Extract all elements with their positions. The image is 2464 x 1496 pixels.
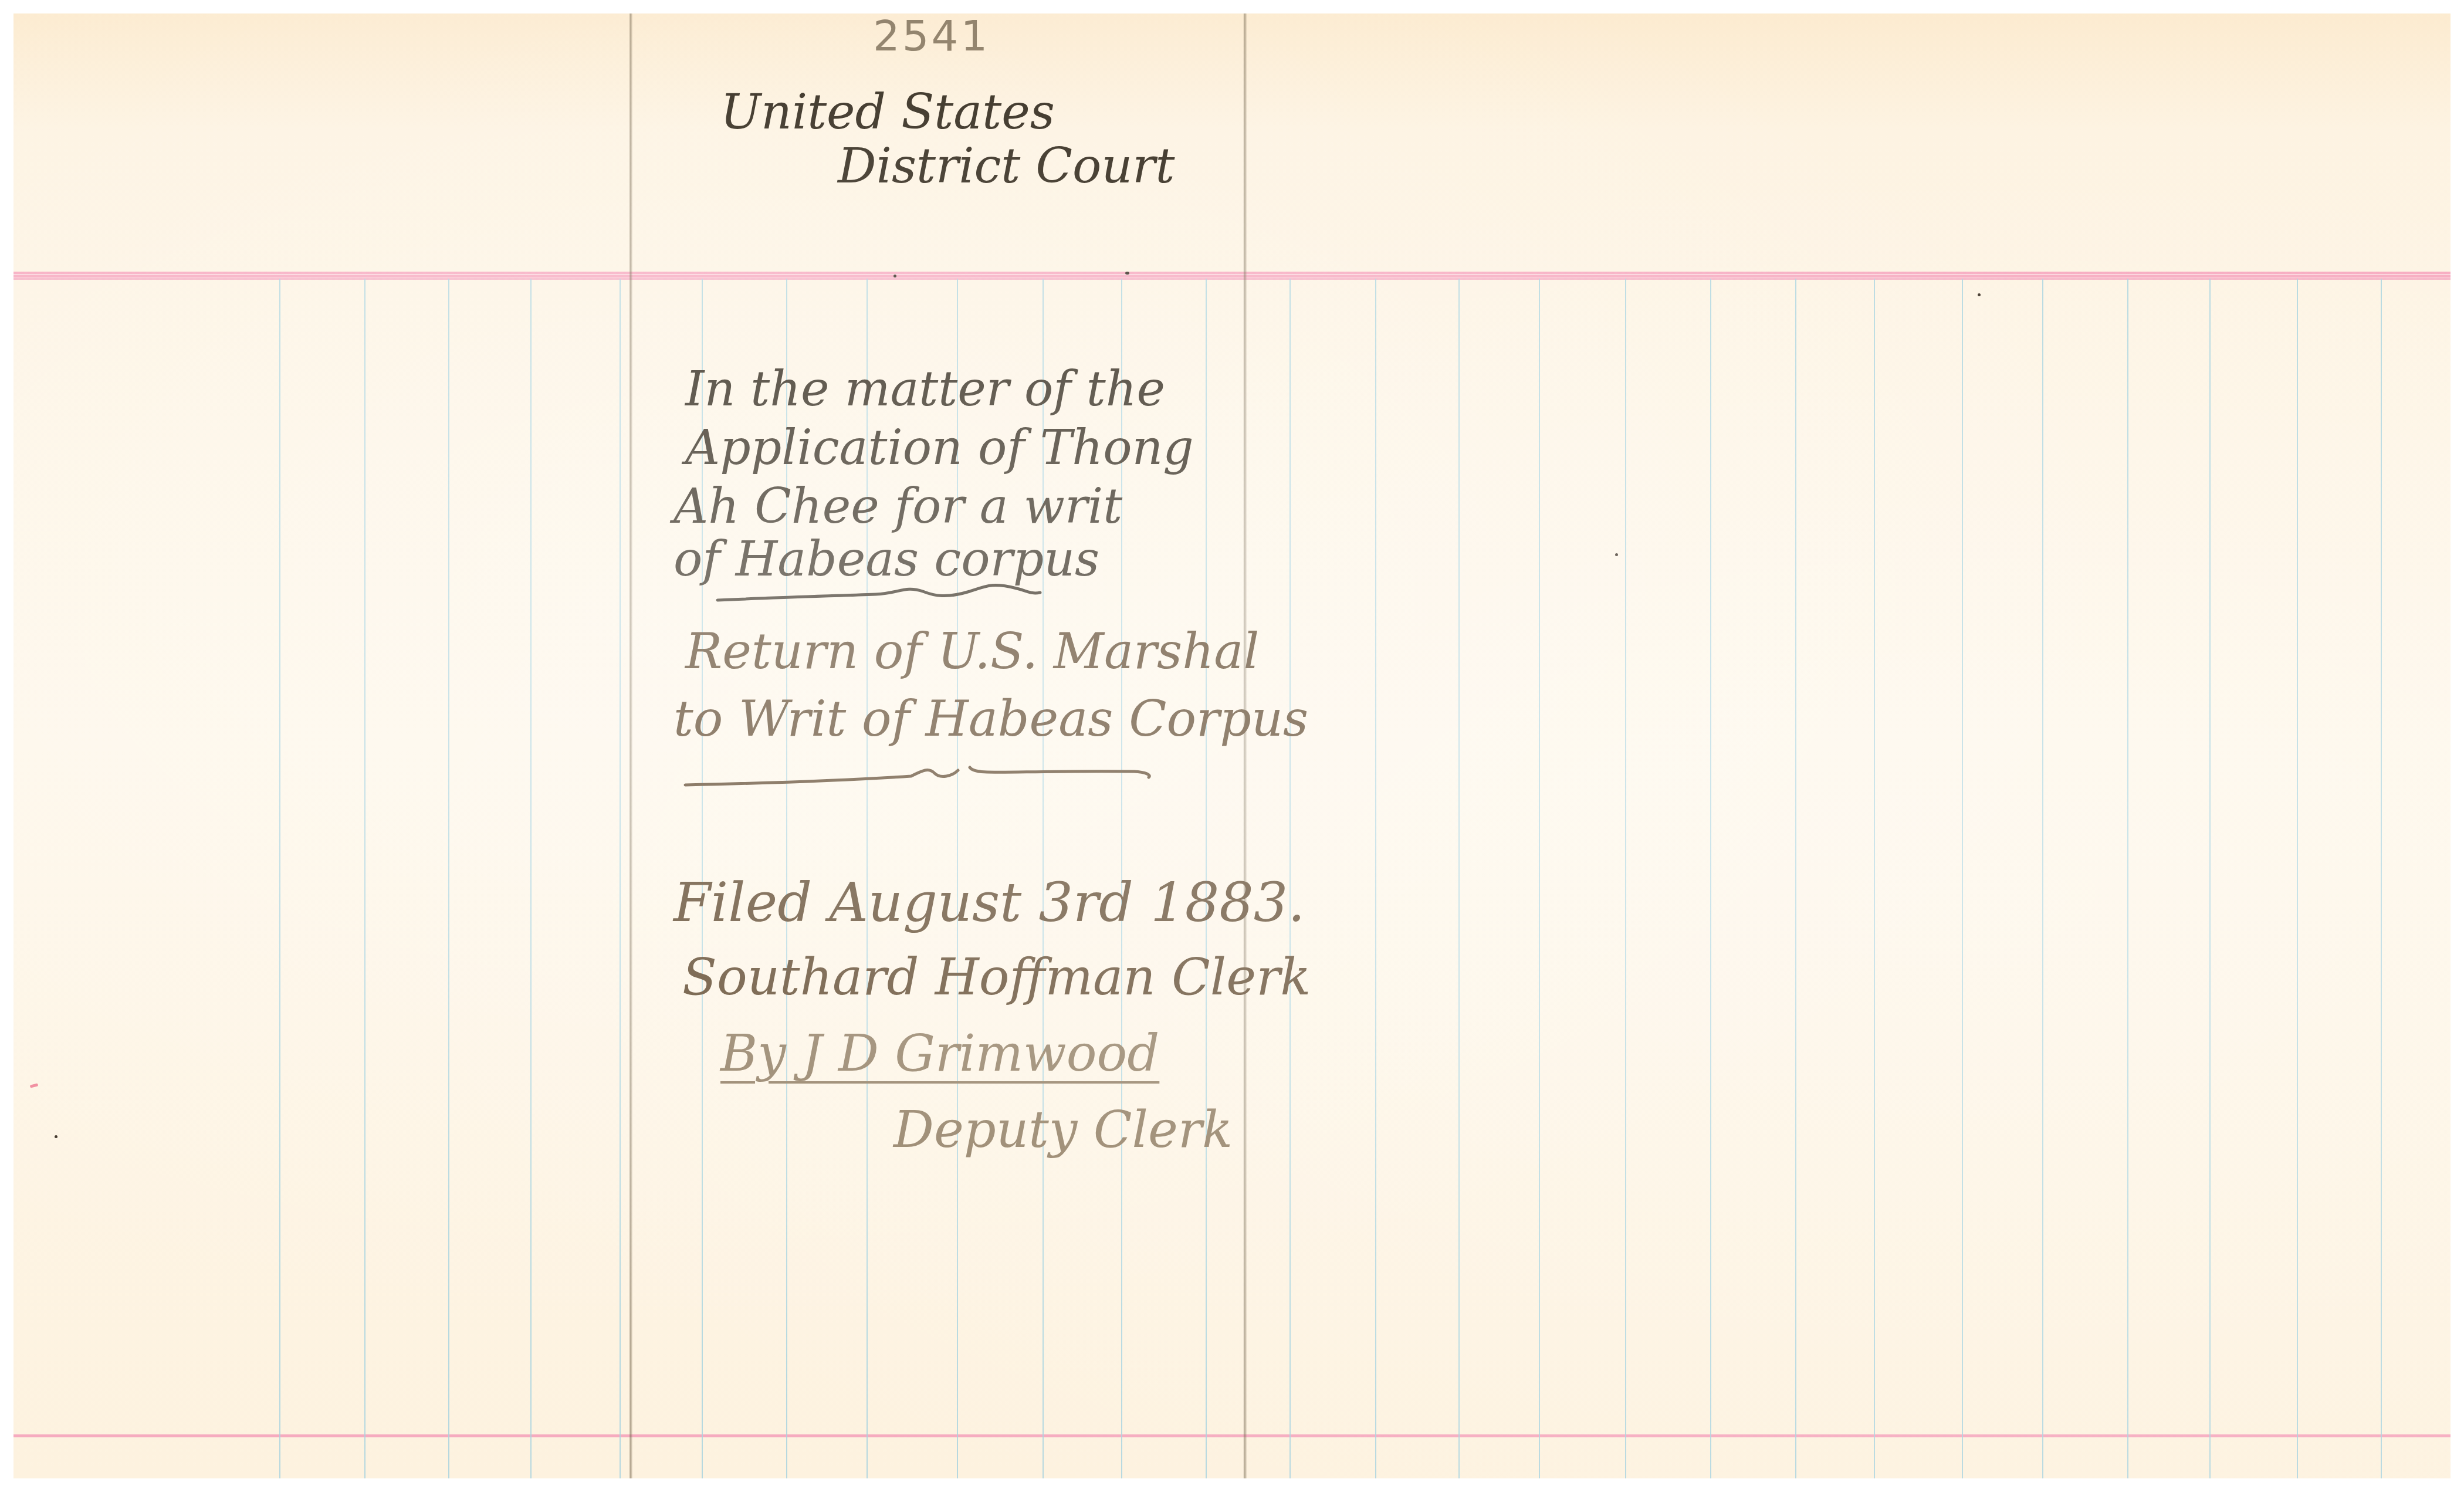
column-rule	[2127, 279, 2128, 1478]
column-rule	[1874, 279, 1875, 1478]
column-rule	[2209, 279, 2211, 1478]
column-rule	[364, 279, 365, 1478]
red-ink-mark	[30, 1083, 39, 1088]
column-rule	[1375, 279, 1376, 1478]
column-rule	[1625, 279, 1626, 1478]
deputy-clerk-title: Deputy Clerk	[893, 1105, 1233, 1155]
column-rule	[530, 279, 532, 1478]
matter-line3: Ah Chee for a writ	[673, 483, 1122, 531]
column-rule	[1795, 279, 1796, 1478]
column-rule	[2381, 279, 2382, 1478]
left-fold-crease	[629, 13, 632, 1478]
filed-date: Filed August 3rd 1883.	[673, 876, 1305, 930]
court-heading-line1: United States	[720, 89, 1055, 137]
column-rule	[2297, 279, 2298, 1478]
column-rule	[1962, 279, 1963, 1478]
column-rule	[620, 279, 621, 1478]
column-rule	[2042, 279, 2043, 1478]
court-heading-line2: District Court	[838, 143, 1175, 191]
paper-speck	[55, 1135, 57, 1138]
deputy-signature: By J D Grimwood	[720, 1028, 1159, 1079]
document-title-line1: Return of U.S. Marshal	[685, 627, 1259, 676]
document-title-line2: to Writ of Habeas Corpus	[673, 694, 1308, 743]
paper-speck	[1615, 553, 1618, 556]
matter-line1: In the matter of the	[685, 365, 1165, 414]
column-rule	[1539, 279, 1540, 1478]
flourish-divider-1	[712, 574, 1157, 609]
docket-number: 2541	[873, 15, 990, 57]
paper-speck	[893, 275, 896, 277]
column-rule	[448, 279, 449, 1478]
clerk-signature: Southard Hoffman Clerk	[682, 952, 1311, 1003]
flourish-divider-2	[676, 753, 1204, 794]
top-margin-rule	[13, 272, 2451, 280]
column-rule	[1710, 279, 1711, 1478]
matter-line2: Application of Thong	[685, 424, 1194, 472]
paper-speck	[1978, 293, 1981, 296]
column-rule	[279, 279, 280, 1478]
document-paper: 2541 United States District Court In the…	[13, 13, 2451, 1478]
paper-speck	[1125, 272, 1129, 275]
column-rule	[1458, 279, 1460, 1478]
bottom-margin-rule	[13, 1434, 2451, 1437]
